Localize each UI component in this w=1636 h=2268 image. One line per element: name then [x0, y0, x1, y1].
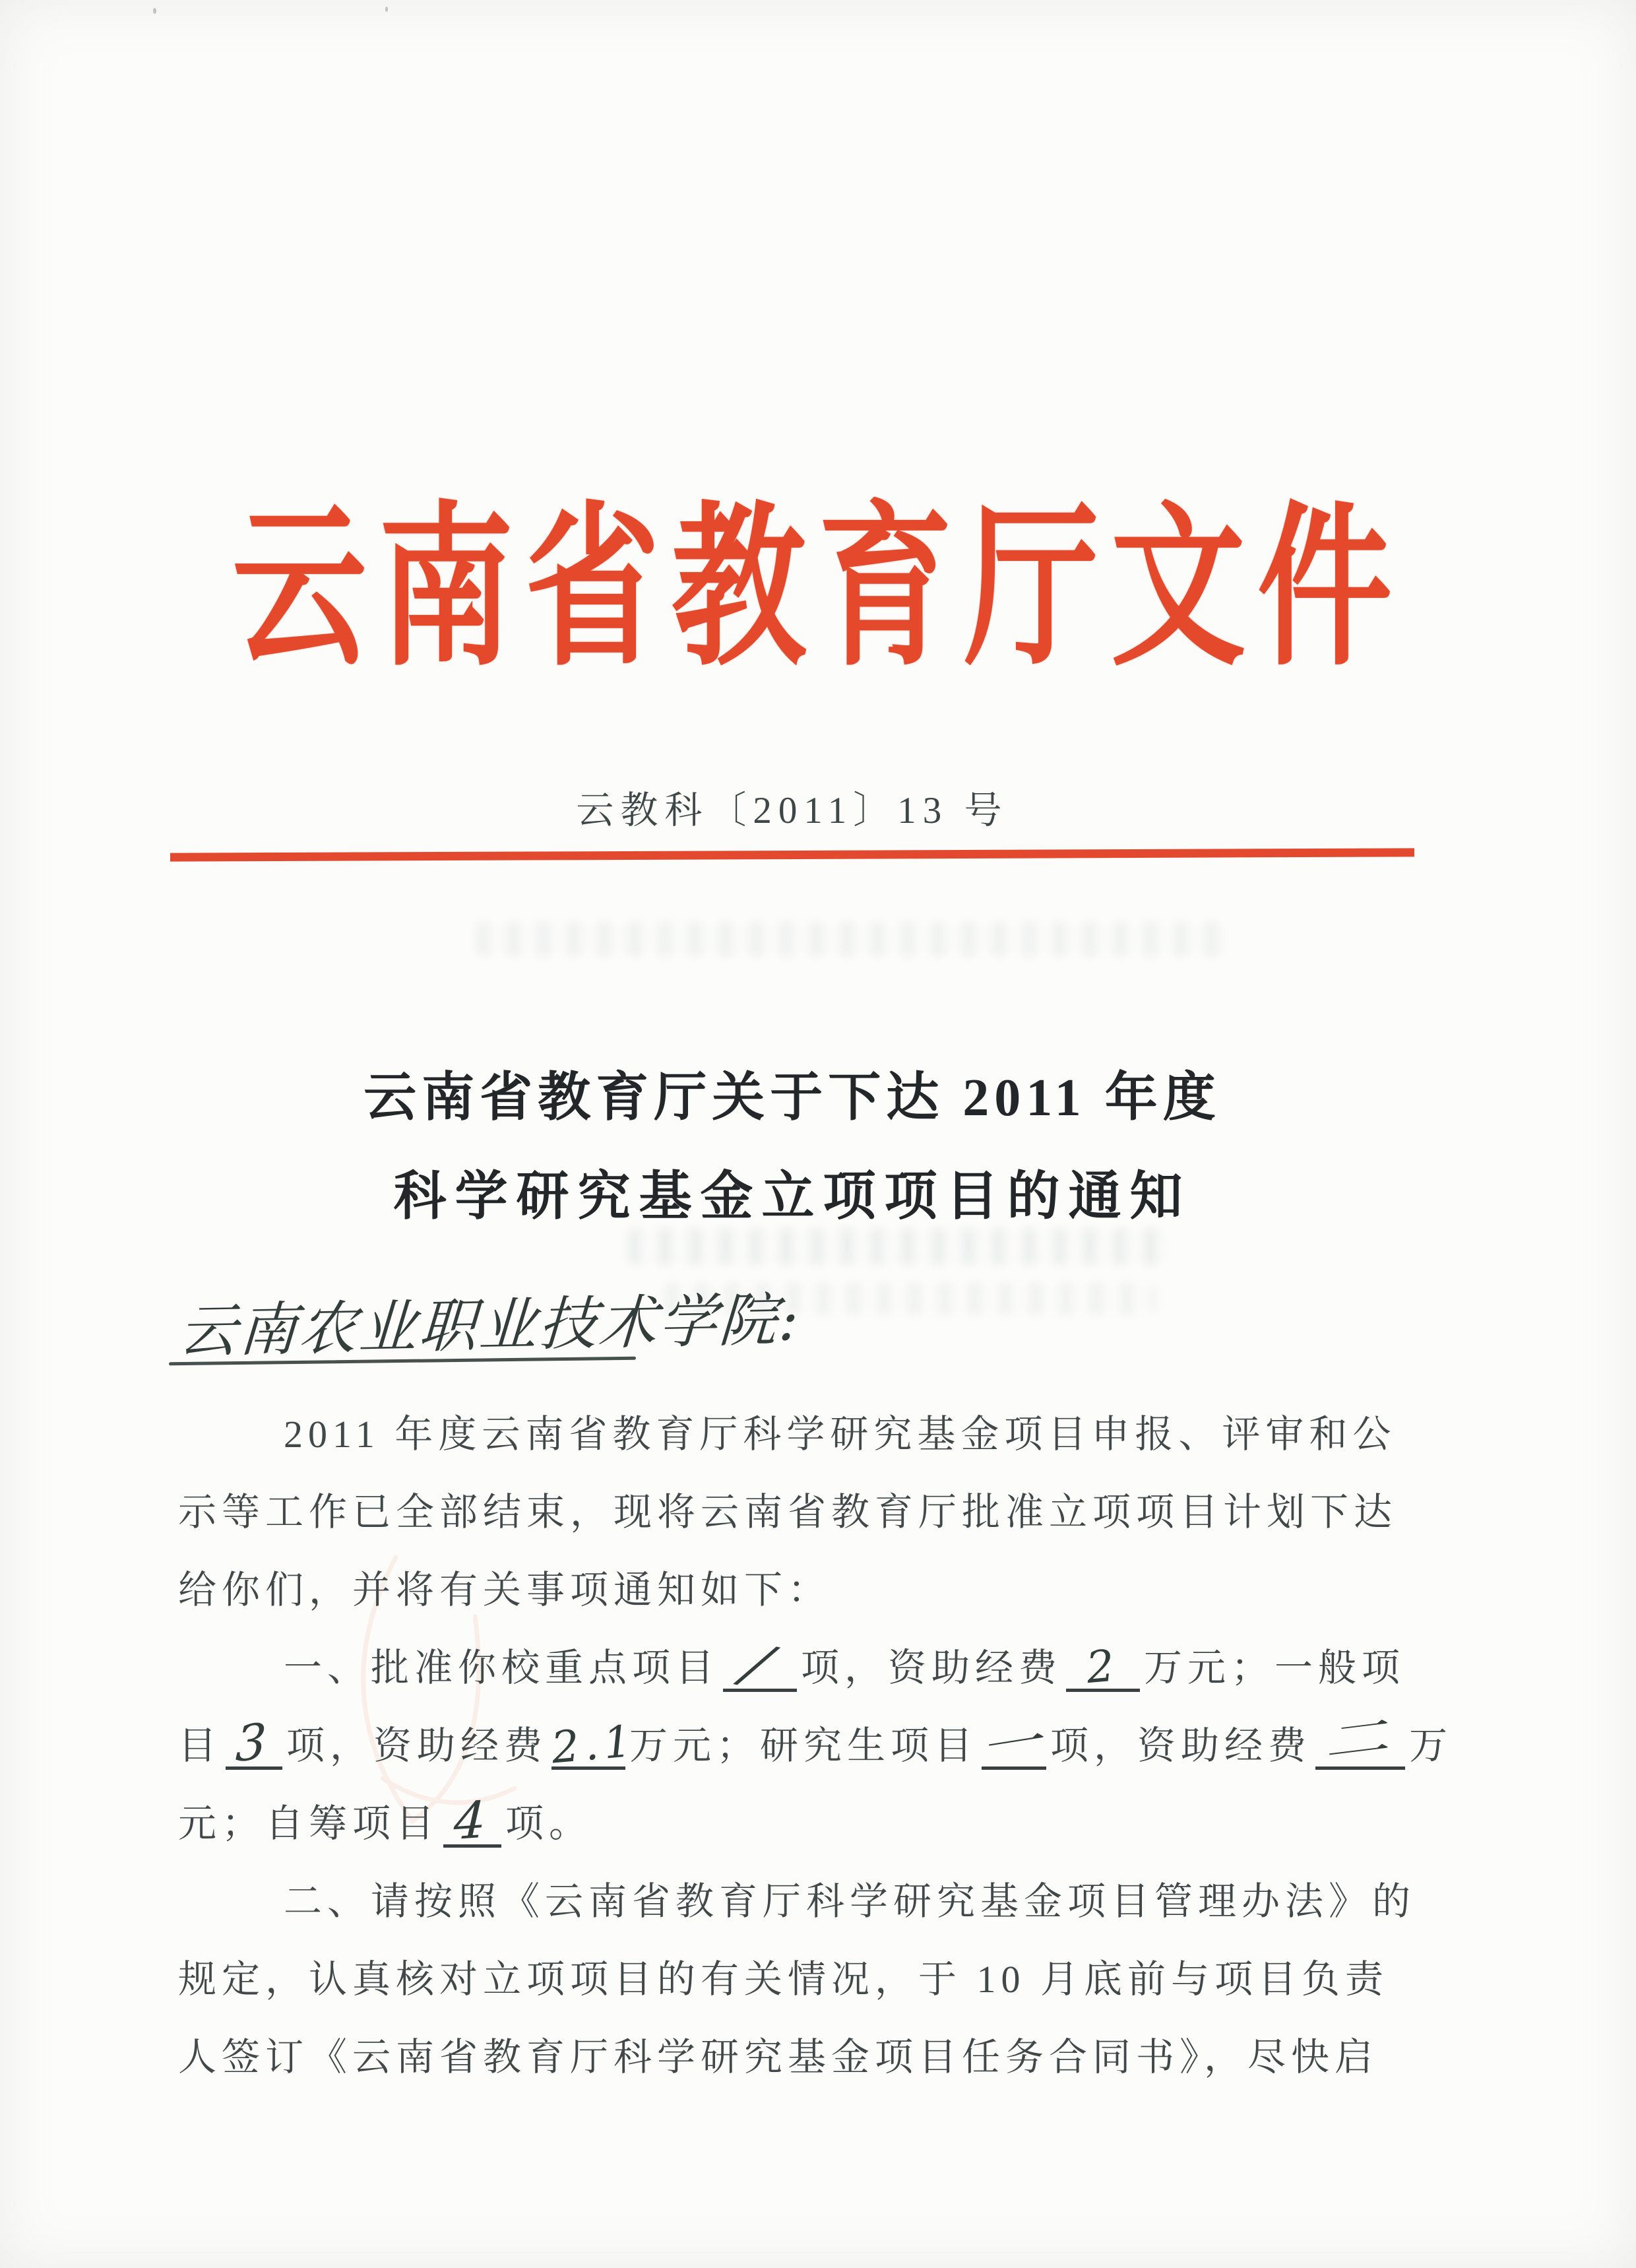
fill-in-blank: 2 — [1066, 1645, 1140, 1692]
body-text-segment: 元；自筹项目 — [178, 1800, 439, 1848]
body-line: 规定，认真核对立项项目的有关情况，于 10 月底前与项目负责 — [178, 1956, 1464, 2005]
handwritten-value: 2 — [1085, 1646, 1121, 1688]
handwritten-value: 2.1 — [550, 1721, 639, 1768]
body-text-segment: 万 — [1409, 1722, 1453, 1770]
red-divider-line — [170, 848, 1414, 861]
ink-bleed-artifact — [628, 1229, 1169, 1264]
fill-in-blank: 二 — [1315, 1723, 1405, 1770]
handwritten-value: 4 — [453, 1799, 491, 1842]
body-line: 人签订《云南省教育厅科学研究基金项目任务合同书》，尽快启 — [178, 2034, 1464, 2083]
body-text-segment: 万元；一般项 — [1144, 1644, 1405, 1692]
fill-in-blank: / — [723, 1645, 797, 1692]
fill-in-blank: 2.1 — [551, 1723, 625, 1770]
handwritten-value: 一 — [977, 1720, 1051, 1769]
ink-bleed-artifact — [476, 923, 1228, 956]
fill-in-blank: 3 — [226, 1723, 282, 1770]
body-line: 目3项，资助经费2.1万元；研究生项目一项，资助经费二万 — [178, 1722, 1464, 1771]
body-text-segment: 一、批准你校重点项目 — [284, 1644, 719, 1692]
body-line: 2011 年度云南省教育厅科学研究基金项目申报、评审和公 — [284, 1411, 1570, 1460]
agency-masthead-title: 云南省教育厅文件 — [232, 447, 1404, 699]
document-number: 云教科〔2011〕13 号 — [170, 780, 1414, 834]
document-title-line1: 云南省教育厅关于下达 2011 年度 — [170, 1054, 1414, 1130]
body-line: 给你们，并将有关事项通知如下： — [178, 1567, 1464, 1615]
handwritten-value: 3 — [236, 1721, 273, 1765]
document-title-line2: 科学研究基金立项项目的通知 — [170, 1153, 1414, 1229]
handwritten-value: / — [739, 1644, 781, 1685]
scan-speck — [385, 7, 388, 12]
recipient-handwritten-text: 云南农业职业技术学院: — [177, 1274, 803, 1369]
scan-speck — [153, 8, 156, 14]
body-text-segment: 项，资助经费 — [801, 1644, 1062, 1692]
fill-in-blank: 4 — [443, 1801, 501, 1848]
body-text-segment: 项。 — [505, 1800, 592, 1848]
body-line: 二、请按照《云南省教育厅科学研究基金项目管理办法》的 — [284, 1878, 1570, 1927]
scanned-document-page: 云南省教育厅文件 云教科〔2011〕13 号 云南省教育厅关于下达 2011 年… — [0, 0, 1636, 2268]
body-text-segment: 目 — [178, 1722, 222, 1770]
body-text-segment: 项，资助经费 — [286, 1722, 548, 1770]
fill-in-blank: 一 — [982, 1723, 1046, 1770]
body-line: 示等工作已全部结束，现将云南省教育厅批准立项项目计划下达 — [178, 1489, 1464, 1538]
body-line: 元；自筹项目4项。 — [178, 1800, 1464, 1849]
handwritten-value: 二 — [1321, 1716, 1398, 1764]
body-text-segment: 项，资助经费 — [1050, 1722, 1311, 1770]
body-text-segment: 万元；研究生项目 — [629, 1722, 978, 1770]
body-line: 一、批准你校重点项目/项，资助经费2万元；一般项 — [284, 1644, 1570, 1693]
